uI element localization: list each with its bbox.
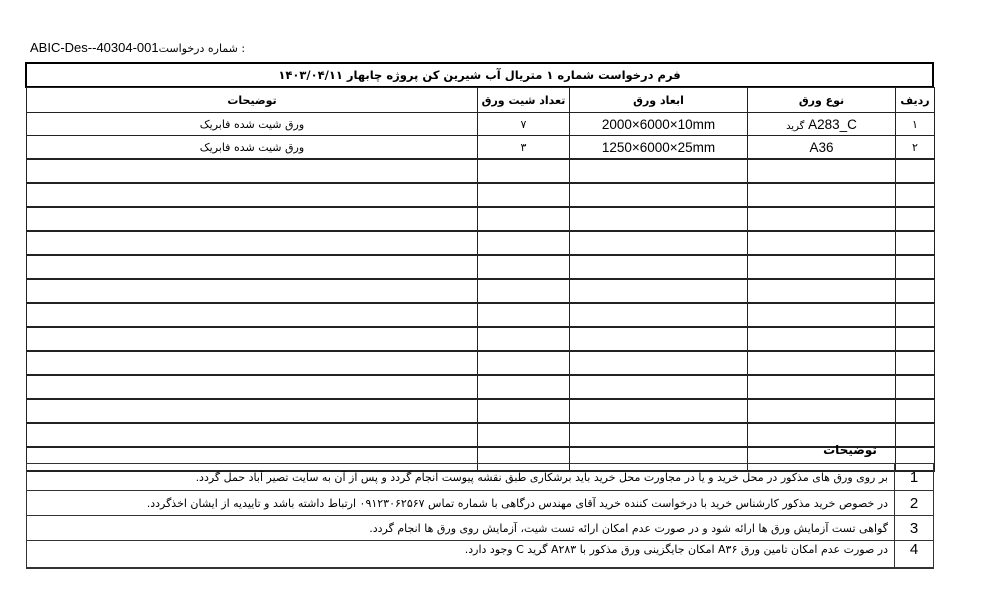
materials-table: ردیف نوع ورق ابعاد ورق تعداد شیت ورق توض… [26, 87, 935, 472]
cell-sheet-type [748, 327, 896, 351]
cell-dimensions [570, 231, 748, 255]
cell-dimensions [570, 327, 748, 351]
cell-row-no [896, 399, 935, 423]
table-row-empty [27, 159, 935, 183]
cell-dimensions [570, 183, 748, 207]
note-number: 3 [895, 516, 934, 541]
notes-table: 1 بر روی ورق های مذکور در محل خرید و یا … [26, 463, 934, 569]
cell-row-no [896, 303, 935, 327]
cell-dimensions [570, 279, 748, 303]
table-header-row: ردیف نوع ورق ابعاد ورق تعداد شیت ورق توض… [27, 88, 935, 113]
cell-sheet-type: گرید A283_C [748, 113, 896, 136]
cell-sheet-count [478, 231, 570, 255]
table-row-empty [27, 399, 935, 423]
cell-description: ورق شیت شده فابریک [27, 136, 478, 160]
cell-row-no [896, 375, 935, 399]
cell-description [27, 279, 478, 303]
cell-row-no: ۲ [896, 136, 935, 160]
cell-sheet-count [478, 207, 570, 231]
grade-label: گرید [786, 121, 804, 132]
notes-heading: توضیحات [805, 443, 895, 457]
cell-sheet-count [478, 183, 570, 207]
col-header-sheet-count: تعداد شیت ورق [478, 88, 570, 113]
table-row: ۲ A36 1250×6000×25mm ۳ ورق شیت شده فابری… [27, 136, 935, 160]
cell-description [27, 351, 478, 375]
cell-sheet-type [748, 279, 896, 303]
cell-row-no [896, 231, 935, 255]
cell-sheet-count [478, 279, 570, 303]
table-row-empty [27, 375, 935, 399]
cell-row-no: ۱ [896, 113, 935, 136]
cell-sheet-type [748, 183, 896, 207]
cell-sheet-type [748, 399, 896, 423]
cell-dimensions [570, 351, 748, 375]
cell-description [27, 231, 478, 255]
request-number-label: شماره درخواست : [159, 42, 245, 55]
cell-dimensions [570, 423, 748, 447]
table-row-empty [27, 423, 935, 447]
cell-sheet-count [478, 327, 570, 351]
table-row-empty [27, 351, 935, 375]
table-row-empty [27, 231, 935, 255]
request-number-value: ABIC-Des--40304-001 [30, 40, 159, 55]
cell-dimensions [570, 207, 748, 231]
cell-description [27, 183, 478, 207]
cell-sheet-type [748, 303, 896, 327]
note-number: 2 [895, 491, 934, 516]
cell-sheet-count [478, 255, 570, 279]
cell-dimensions [570, 399, 748, 423]
cell-dimensions [570, 375, 748, 399]
cell-dimensions [570, 159, 748, 183]
cell-sheet-count [478, 423, 570, 447]
cell-row-no [896, 279, 935, 303]
cell-sheet-count [478, 351, 570, 375]
cell-sheet-count [478, 159, 570, 183]
col-header-dimensions: ابعاد ورق [570, 88, 748, 113]
note-text: در صورت عدم امکان تامین ورق A۳۶ امکان جا… [27, 541, 895, 569]
cell-sheet-type [748, 159, 896, 183]
cell-description [27, 303, 478, 327]
col-header-description: توضیحات [27, 88, 478, 113]
col-header-sheet-type: نوع ورق [748, 88, 896, 113]
table-row: ۱ گرید A283_C 2000×6000×10mm ۷ ورق شیت ش… [27, 113, 935, 136]
table-row-empty [27, 279, 935, 303]
cell-description [27, 423, 478, 447]
request-number: ABIC-Des--40304-001شماره درخواست : [30, 40, 245, 55]
grade-value: A283_C [808, 117, 857, 132]
cell-description [27, 375, 478, 399]
cell-sheet-type: A36 [748, 136, 896, 160]
cell-dimensions [570, 255, 748, 279]
note-text: بر روی ورق های مذکور در محل خرید و یا در… [27, 464, 895, 491]
table-row-empty [27, 327, 935, 351]
note-text: گواهی تست آزمایش ورق ها ارائه شود و در ص… [27, 516, 895, 541]
table-row-empty [27, 207, 935, 231]
note-text: در خصوص خرید مذکور کارشناس خرید با درخوا… [27, 491, 895, 516]
cell-sheet-type [748, 351, 896, 375]
cell-sheet-type [748, 207, 896, 231]
cell-description [27, 207, 478, 231]
cell-row-no [896, 255, 935, 279]
cell-description [27, 327, 478, 351]
cell-description [27, 159, 478, 183]
table-row-empty [27, 303, 935, 327]
cell-row-no [896, 207, 935, 231]
cell-sheet-count [478, 303, 570, 327]
cell-sheet-count: ۳ [478, 136, 570, 160]
note-number: 4 [895, 541, 934, 569]
cell-row-no [896, 423, 935, 447]
cell-description [27, 255, 478, 279]
cell-sheet-type [748, 375, 896, 399]
note-row: 3 گواهی تست آزمایش ورق ها ارائه شود و در… [27, 516, 934, 541]
cell-dimensions [570, 303, 748, 327]
cell-row-no [896, 351, 935, 375]
note-row: 4 در صورت عدم امکان تامین ورق A۳۶ امکان … [27, 541, 934, 569]
table-row-empty [27, 255, 935, 279]
cell-dimensions: 1250×6000×25mm [570, 136, 748, 160]
cell-description [27, 399, 478, 423]
cell-row-no [896, 183, 935, 207]
cell-sheet-count [478, 399, 570, 423]
note-row: 1 بر روی ورق های مذکور در محل خرید و یا … [27, 464, 934, 491]
cell-sheet-count: ۷ [478, 113, 570, 136]
cell-dimensions: 2000×6000×10mm [570, 113, 748, 136]
note-number: 1 [895, 464, 934, 491]
cell-sheet-type [748, 255, 896, 279]
col-header-row-no: ردیف [896, 88, 935, 113]
cell-row-no [896, 327, 935, 351]
cell-description: ورق شیت شده فابریک [27, 113, 478, 136]
cell-sheet-type [748, 231, 896, 255]
table-row-empty [27, 183, 935, 207]
cell-sheet-count [478, 375, 570, 399]
note-row: 2 در خصوص خرید مذکور کارشناس خرید با درخ… [27, 491, 934, 516]
form-title: فرم درخواست شماره ۱ متریال آب شیرین کن پ… [25, 62, 934, 88]
cell-row-no [896, 159, 935, 183]
